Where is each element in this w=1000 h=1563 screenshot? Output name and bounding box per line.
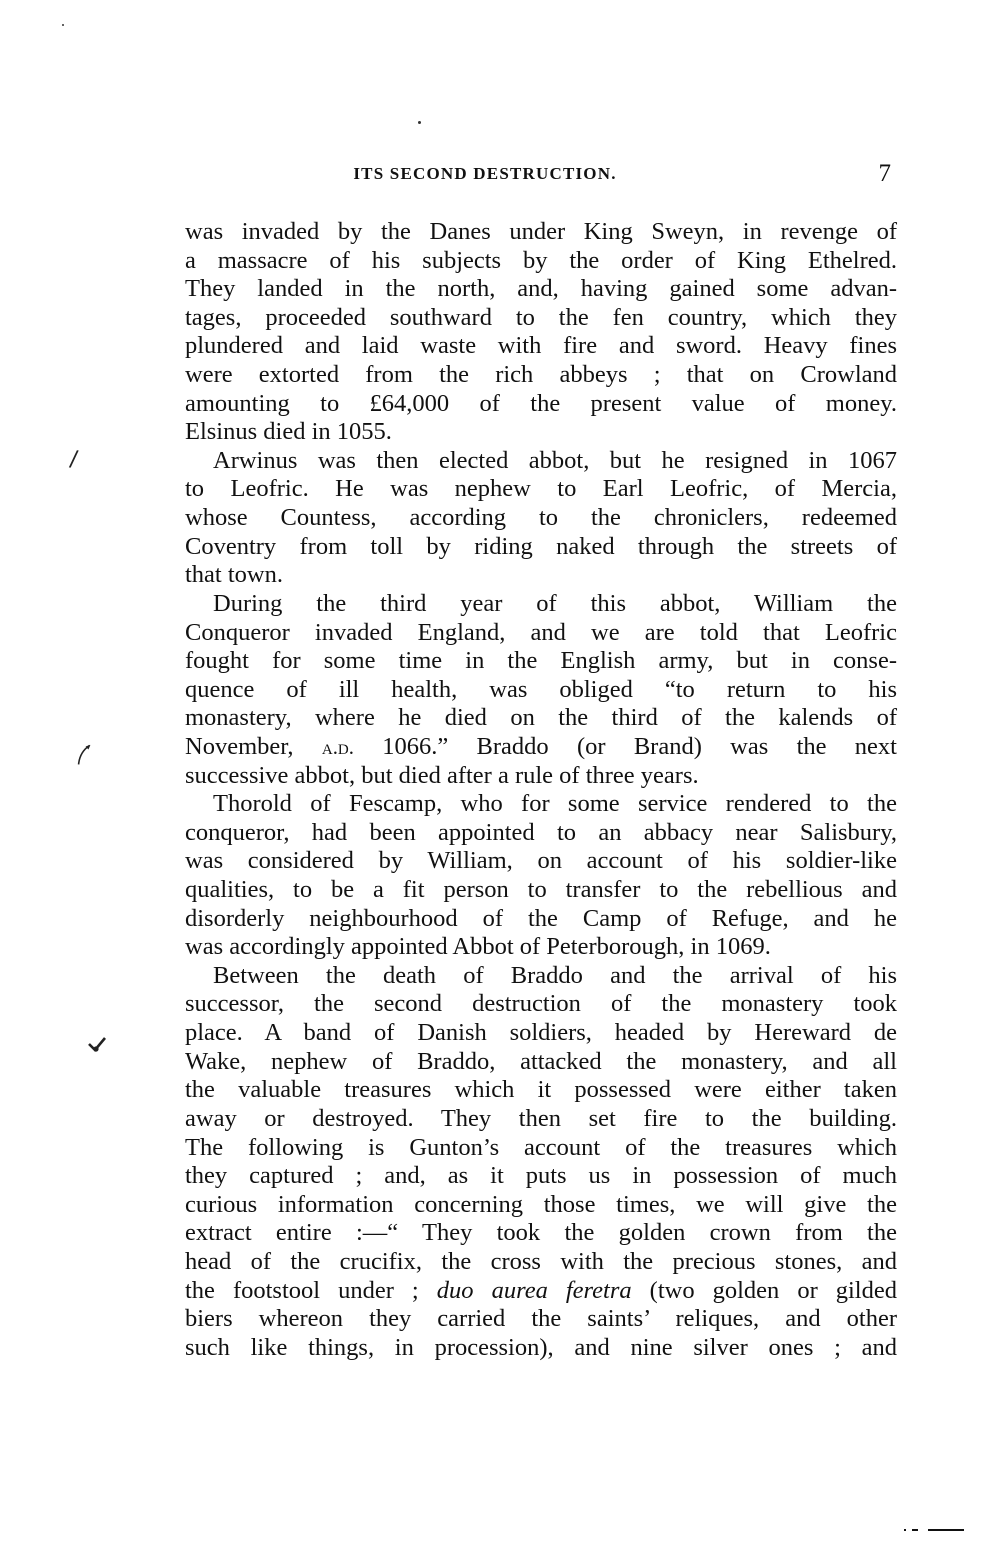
text-line: to Leofric. He was nephew to Earl Leofri… (185, 475, 897, 504)
text-line: a massacre of his subjects by the order … (185, 247, 897, 276)
text-line: successive abbot, but died after a rule … (185, 762, 897, 791)
text-line: Elsinus died in 1055. (185, 418, 897, 447)
text-line: that town. (185, 561, 897, 590)
text-line: tages, proceeded southward to the fen co… (185, 304, 897, 333)
text-line: conqueror, had been appointed to an abba… (185, 819, 897, 848)
margin-mark-check-icon (88, 1034, 108, 1059)
margin-mark-tick-icon (70, 741, 100, 770)
stray-speck (62, 24, 64, 26)
margin-mark-slash-icon: / (68, 447, 79, 473)
footer-dash (904, 1529, 906, 1531)
text-line: away or destroyed. They then set fire to… (185, 1105, 897, 1134)
running-head: ITS SECOND DESTRUCTION. 7 (185, 160, 895, 190)
text-line: the footstool under ; duo aurea feretra … (185, 1277, 897, 1306)
text-line: place. A band of Danish soldiers, headed… (185, 1019, 897, 1048)
text-line: fought for some time in the English army… (185, 647, 897, 676)
text-line: whose Countess, according to the chronic… (185, 504, 897, 533)
era-abbreviation: a.d. (322, 735, 354, 759)
line-segment: 1066.” Braddo (or Brand) was the next (354, 733, 897, 760)
latin-phrase: duo aurea feretra (437, 1277, 632, 1304)
text-line: plundered and laid waste with fire and s… (185, 332, 897, 361)
text-line: November, a.d. 1066.” Braddo (or Brand) … (185, 733, 897, 762)
running-title: ITS SECOND DESTRUCTION. (185, 164, 785, 184)
footer-dash (912, 1529, 918, 1531)
text-line: qualities, to be a fit person to transfe… (185, 876, 897, 905)
text-line: Wake, nephew of Braddo, attacked the mon… (185, 1048, 897, 1077)
page-number: 7 (879, 160, 892, 188)
text-line: Conqueror invaded England, and we are to… (185, 619, 897, 648)
text-line: They landed in the north, and, having ga… (185, 275, 897, 304)
text-line: Coventry from toll by riding naked throu… (185, 533, 897, 562)
text-line: Arwinus was then elected abbot, but he r… (185, 447, 897, 476)
text-line: was accordingly appointed Abbot of Peter… (185, 933, 897, 962)
text-line: was invaded by the Danes under King Swey… (185, 218, 897, 247)
text-line: they captured ; and, as it puts us in po… (185, 1162, 897, 1191)
line-segment: November, (185, 733, 322, 760)
text-line: disorderly neighbourhood of the Camp of … (185, 905, 897, 934)
text-line: the valuable treasures which it possesse… (185, 1076, 897, 1105)
text-line: were extorted from the rich abbeys ; tha… (185, 361, 897, 390)
body-text: was invaded by the Danes under King Swey… (185, 218, 897, 1362)
line-segment: the footstool under ; (185, 1277, 437, 1304)
text-line: extract entire :—“ They took the golden … (185, 1219, 897, 1248)
text-line: such like things, in procession), and ni… (185, 1334, 897, 1363)
text-line: amounting to £64,000 of the present valu… (185, 390, 897, 419)
text-line: Between the death of Braddo and the arri… (185, 962, 897, 991)
text-line: head of the crucifix, the cross with the… (185, 1248, 897, 1277)
footer-rule (928, 1529, 964, 1531)
text-line: was considered by William, on account of… (185, 847, 897, 876)
text-line: During the third year of this abbot, Wil… (185, 590, 897, 619)
text-line: successor, the second destruction of the… (185, 990, 897, 1019)
text-line: quence of ill health, was obliged “to re… (185, 676, 897, 705)
stray-speck (418, 121, 421, 124)
line-segment: (two golden or gilded (632, 1277, 897, 1304)
text-line: monastery, where he died on the third of… (185, 704, 897, 733)
text-line: Thorold of Fescamp, who for some service… (185, 790, 897, 819)
text-line: curious information concerning those tim… (185, 1191, 897, 1220)
book-page: ITS SECOND DESTRUCTION. 7 / was invaded … (0, 0, 1000, 1563)
text-line: The following is Gunton’s account of the… (185, 1134, 897, 1163)
text-line: biers whereon they carried the saints’ r… (185, 1305, 897, 1334)
